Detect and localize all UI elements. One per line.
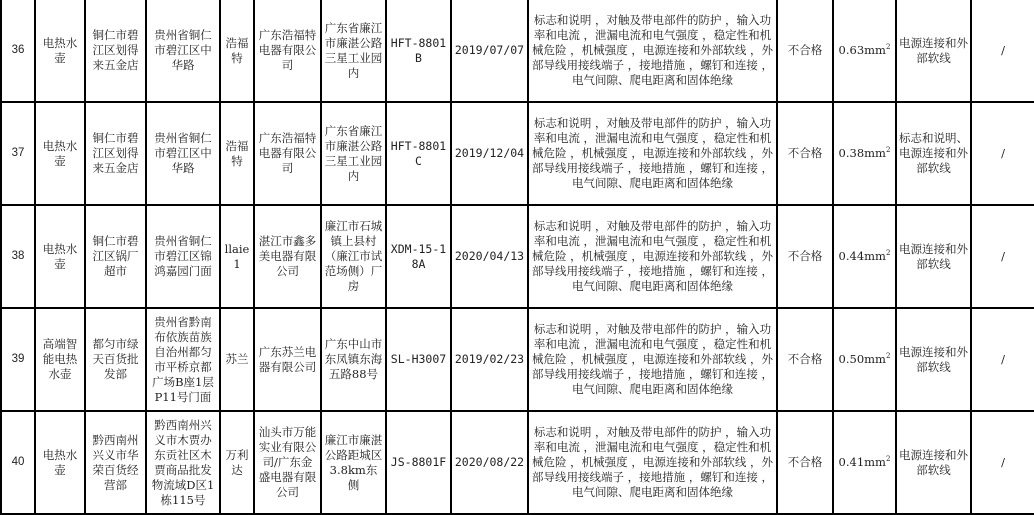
model-number: SL-H3007	[386, 308, 451, 411]
inspection-criteria: 标志和说明 ，对触及带电部件的防护 ，输入功率和电流 ，泄漏电流和电气强度 ，稳…	[528, 0, 777, 102]
inspection-result: 不合格	[777, 0, 833, 102]
production-date: 2019/12/04	[451, 102, 528, 205]
manufacturer-address: 广东省廉江市廉湛公路三星工业园内	[321, 0, 386, 102]
brand: 浩福特	[220, 102, 254, 205]
remark: /	[971, 205, 1034, 308]
row-number: 36	[1, 0, 35, 102]
table-row: 36 电热水壶 铜仁市碧江区划得来五金店 贵州省铜仁市碧江区中华路 浩福特 广东…	[1, 0, 1034, 102]
table-row: 38 电热水壶 铜仁市碧江区锅厂超市 贵州省铜仁市碧江区锦鸿嘉园门面 llaie…	[1, 205, 1034, 308]
row-number: 40	[1, 411, 35, 514]
manufacturer: 广东苏兰电器有限公司	[254, 308, 321, 411]
model-number: JS-8801F	[386, 411, 451, 514]
brand: llaie1	[220, 205, 254, 308]
inspection-criteria: 标志和说明 ，对触及带电部件的防护 ，输入功率和电流 ，泄漏电流和电气强度 ，稳…	[528, 205, 777, 308]
product-name: 电热水壶	[35, 102, 85, 205]
table-row: 40 电热水壶 黔西南州兴义市华荣百货经营部 黔西南州兴义市木贾办东贡社区木贾商…	[1, 411, 1034, 514]
sampled-address: 贵州省黔南布依族苗族自治州都匀市平桥京都广场B座1层P11号门面	[146, 308, 220, 411]
manufacturer: 湛江市鑫多美电器有限公司	[254, 205, 321, 308]
inspection-results-table: 36 电热水壶 铜仁市碧江区划得来五金店 贵州省铜仁市碧江区中华路 浩福特 广东…	[0, 0, 1034, 515]
row-number: 38	[1, 205, 35, 308]
remark: /	[971, 411, 1034, 514]
inspection-result: 不合格	[777, 102, 833, 205]
sampled-unit: 铜仁市碧江区划得来五金店	[85, 0, 146, 102]
failed-item: 电源连接和外部软线	[896, 0, 971, 102]
failed-item: 电源连接和外部软线	[896, 411, 971, 514]
remark: /	[971, 102, 1034, 205]
inspection-criteria: 标志和说明 ，对触及带电部件的防护 ，输入功率和电流 ，泄漏电流和电气强度 ，稳…	[528, 102, 777, 205]
failed-item: 标志和说明、电源连接和外部软线	[896, 102, 971, 205]
inspection-result: 不合格	[777, 308, 833, 411]
brand: 浩福特	[220, 0, 254, 102]
model-number: HFT-8801C	[386, 102, 451, 205]
sampled-address: 贵州省铜仁市碧江区中华路	[146, 0, 220, 102]
product-name: 电热水壶	[35, 205, 85, 308]
sampled-address: 贵州省铜仁市碧江区锦鸿嘉园门面	[146, 205, 220, 308]
measured-value: 0.63mm2	[833, 0, 896, 102]
production-date: 2019/02/23	[451, 308, 528, 411]
product-name: 电热水壶	[35, 0, 85, 102]
inspection-result: 不合格	[777, 411, 833, 514]
product-name: 高端智能电热水壶	[35, 308, 85, 411]
failed-item: 电源连接和外部软线	[896, 308, 971, 411]
sampled-address: 贵州省铜仁市碧江区中华路	[146, 102, 220, 205]
manufacturer-address: 廉江市廉湛公路距城区3.8km东侧	[321, 411, 386, 514]
production-date: 2020/04/13	[451, 205, 528, 308]
production-date: 2019/07/07	[451, 0, 528, 102]
remark: /	[971, 0, 1034, 102]
manufacturer-address: 广东省廉江市廉湛公路三星工业园内	[321, 102, 386, 205]
inspection-result: 不合格	[777, 205, 833, 308]
manufacturer-address: 广东中山市东凤镇东海五路88号	[321, 308, 386, 411]
production-date: 2020/08/22	[451, 411, 528, 514]
row-number: 37	[1, 102, 35, 205]
sampled-unit: 铜仁市碧江区锅厂超市	[85, 205, 146, 308]
inspection-criteria: 标志和说明 ，对触及带电部件的防护 ，输入功率和电流 ，泄漏电流和电气强度 ，稳…	[528, 308, 777, 411]
remark: /	[971, 308, 1034, 411]
sampled-unit: 铜仁市碧江区划得来五金店	[85, 102, 146, 205]
table-row: 37 电热水壶 铜仁市碧江区划得来五金店 贵州省铜仁市碧江区中华路 浩福特 广东…	[1, 102, 1034, 205]
measured-value: 0.50mm2	[833, 308, 896, 411]
manufacturer: 汕头市万能实业有限公司/广东金盛电器有限公司	[254, 411, 321, 514]
brand: 苏兰	[220, 308, 254, 411]
measured-value: 0.41mm2	[833, 411, 896, 514]
sampled-address: 黔西南州兴义市木贾办东贡社区木贾商品批发物流域D区1栋115号	[146, 411, 220, 514]
sampled-unit: 都匀市绿天百货批发部	[85, 308, 146, 411]
product-name: 电热水壶	[35, 411, 85, 514]
model-number: HFT-8801B	[386, 0, 451, 102]
manufacturer-address: 廉江市石城镇上县村（廉江市试范场侧）厂房	[321, 205, 386, 308]
brand: 万利达	[220, 411, 254, 514]
failed-item: 电源连接和外部软线	[896, 205, 971, 308]
row-number: 39	[1, 308, 35, 411]
model-number: XDM-15-18A	[386, 205, 451, 308]
measured-value: 0.38mm2	[833, 102, 896, 205]
table-row: 39 高端智能电热水壶 都匀市绿天百货批发部 贵州省黔南布依族苗族自治州都匀市平…	[1, 308, 1034, 411]
manufacturer: 广东浩福特电器有限公司	[254, 0, 321, 102]
sampled-unit: 黔西南州兴义市华荣百货经营部	[85, 411, 146, 514]
measured-value: 0.44mm2	[833, 205, 896, 308]
manufacturer: 广东浩福特电器有限公司	[254, 102, 321, 205]
inspection-criteria: 标志和说明 ，对触及带电部件的防护 ，输入功率和电流 ，泄漏电流和电气强度 ，稳…	[528, 411, 777, 514]
